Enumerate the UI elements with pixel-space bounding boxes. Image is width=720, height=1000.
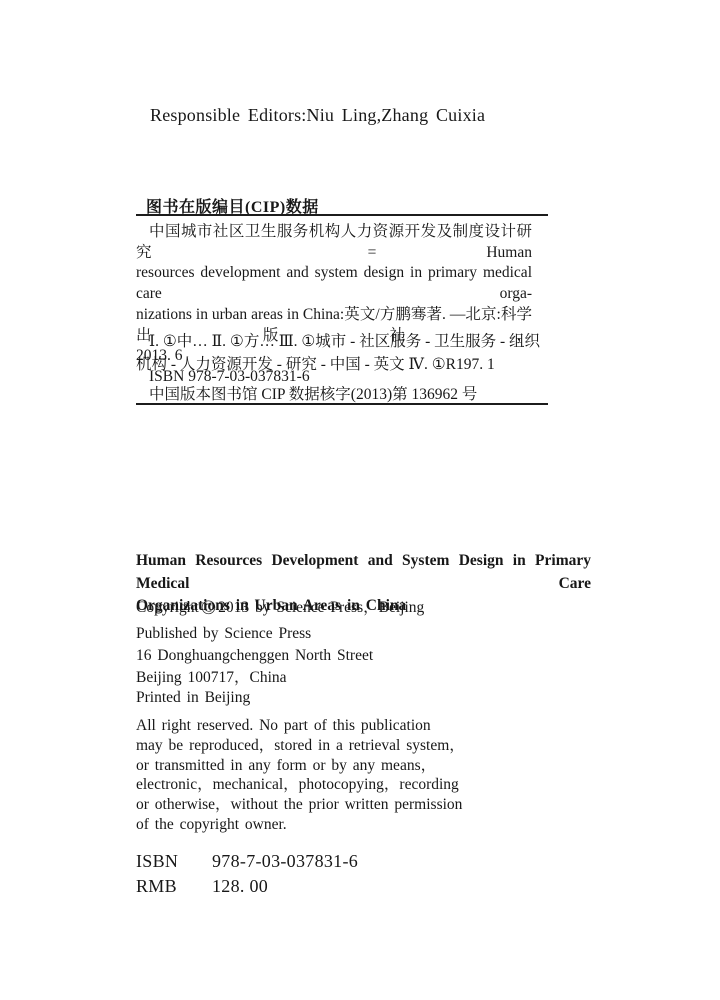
publisher-line: Published by Science Press bbox=[136, 623, 373, 645]
cip-divider-bottom bbox=[136, 403, 548, 405]
responsible-editors-line: Responsible Editors:Niu Ling,Zhang Cuixi… bbox=[150, 105, 485, 126]
rights-line: of the copyright owner. bbox=[136, 815, 465, 835]
english-book-title-line: Human Resources Development and System D… bbox=[136, 550, 591, 595]
cip-classification-line: 机构 - 人力资源开发 - 研究 - 中国 - 英文 Ⅳ. ①R197. 1 bbox=[136, 354, 548, 377]
price-label: RMB bbox=[136, 874, 212, 899]
cip-line: resources development and system design … bbox=[136, 263, 532, 304]
printed-in-line: Printed in Beijing bbox=[136, 689, 250, 707]
rights-statement: All right reserved. No part of this publ… bbox=[136, 716, 465, 835]
copyright-symbol-icon: © bbox=[199, 597, 218, 619]
rights-line: All right reserved. No part of this publ… bbox=[136, 716, 465, 736]
rights-line: electronic，mechanical，photocopying，recor… bbox=[136, 775, 465, 795]
copyright-prefix: Copyright bbox=[136, 599, 199, 616]
copyright-suffix: 2013 by Science Press，Beijing bbox=[218, 599, 424, 616]
rights-line: may be reproduced，stored in a retrieval … bbox=[136, 736, 465, 756]
cip-record-number-line: 中国版本图书馆 CIP 数据核字(2013)第 136962 号 bbox=[136, 382, 477, 404]
copyright-line: Copyright©2013 by Science Press，Beijing bbox=[136, 595, 424, 618]
publisher-street-line: 16 Donghuangchenggen North Street bbox=[136, 645, 373, 667]
isbn-value: 978-7-03-037831-6 bbox=[212, 851, 358, 871]
publisher-address-block: Published by Science Press 16 Donghuangc… bbox=[136, 623, 373, 689]
isbn-label: ISBN bbox=[136, 849, 212, 874]
isbn-row: ISBN978-7-03-037831-6 bbox=[136, 849, 358, 874]
publisher-city-line: Beijing 100717，China bbox=[136, 667, 373, 689]
isbn-price-block: ISBN978-7-03-037831-6 RMB128. 00 bbox=[136, 849, 358, 898]
price-value: 128. 00 bbox=[212, 876, 268, 896]
price-row: RMB128. 00 bbox=[136, 874, 358, 899]
cip-divider-top bbox=[136, 214, 548, 216]
cip-line: 中国城市社区卫生服务机构人力资源开发及制度设计研究 = Human bbox=[136, 222, 532, 263]
book-copyright-page: Responsible Editors:Niu Ling,Zhang Cuixi… bbox=[0, 0, 720, 1000]
rights-line: or otherwise，without the prior written p… bbox=[136, 795, 465, 815]
cip-classification-line: Ⅰ. ①中… Ⅱ. ①方… Ⅲ. ①城市 - 社区服务 - 卫生服务 - 组织 bbox=[136, 331, 548, 354]
cip-classification: Ⅰ. ①中… Ⅱ. ①方… Ⅲ. ①城市 - 社区服务 - 卫生服务 - 组织 … bbox=[136, 331, 548, 376]
rights-line: or transmitted in any form or by any mea… bbox=[136, 756, 465, 776]
